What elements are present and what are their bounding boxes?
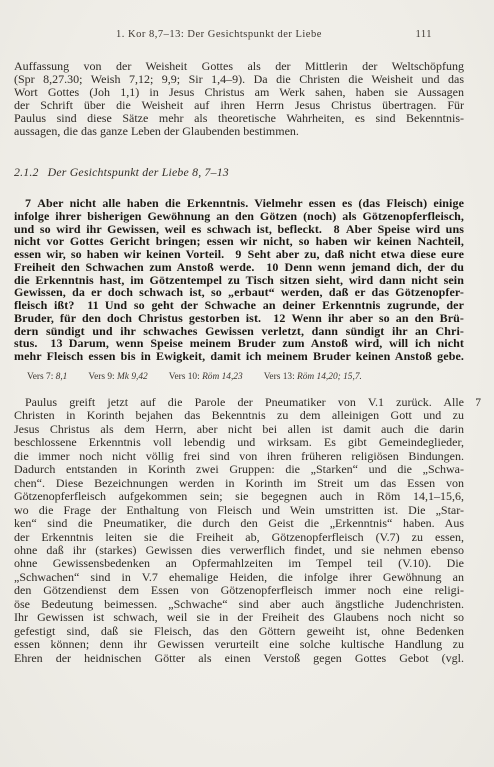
intro-paragraph: Auffassung von der Weisheit Gottes als d…	[14, 60, 464, 137]
verse-label: Vers 13:	[264, 372, 295, 382]
commentary-line: ohne Gewissensbedenken an Opfermahlzeite…	[14, 557, 464, 570]
reference-value: 8,1	[56, 372, 68, 382]
commentary-line: „Schwachen“ sind in V.7 ehemalige Heiden…	[14, 571, 464, 584]
commentary-line: öse Bedeutung beimessen. „Schwache“ sind…	[14, 598, 464, 611]
scripture-line: Bruder, für den doch Christus gestorben …	[14, 312, 464, 325]
commentary-paragraph: Paulus greift jetzt auf die Parole der P…	[14, 396, 464, 665]
scripture-line: infolge ihrer bisherigen Gewöhnung an de…	[14, 210, 464, 223]
verse-label: Vers 7:	[27, 372, 53, 382]
commentary-line: chen“. Diese Bezeichnungen werden in Kor…	[14, 477, 464, 490]
cross-references: Vers 7: 8,1Vers 9: Mk 9,42Vers 10: Röm 1…	[27, 372, 464, 382]
cross-reference: Vers 9: Mk 9,42	[88, 372, 147, 382]
commentary-line: Paulus greift jetzt auf die Parole der P…	[14, 396, 464, 409]
commentary-line: wo die Frage der Enthaltung von Fleisch …	[14, 504, 464, 517]
reference-value: Röm 14,23	[202, 372, 243, 382]
scripture-line: fleisch ißt? 11 Und so geht der Schwache…	[14, 299, 464, 312]
cross-reference: Vers 13: Röm 14,20; 15,7.	[264, 372, 362, 382]
scripture-text: 7 Aber nicht alle haben die Erkenntnis. …	[14, 197, 464, 363]
section-title: Der Gesichtspunkt der Liebe 8, 7–13	[48, 165, 229, 179]
scripture-line: essen wir, so haben wir keinen Vorteil. …	[14, 248, 464, 261]
text-line: (Spr 8,27.30; Weish 7,12; 9,9; Sir 1,4–9…	[14, 73, 464, 86]
text-line: der Schrift über die Weisheit auf ihren …	[14, 99, 464, 112]
commentary-line: Jesus Christus als dem Herrn, aber nicht…	[14, 423, 464, 436]
margin-verse-number: 7	[475, 397, 481, 409]
commentary-line: essen können; denn ihr Gewissen verurtei…	[14, 638, 464, 651]
commentary-line: Dadurch entstanden in Korinth zwei Grupp…	[14, 463, 464, 476]
running-title: 1. Kor 8,7–13: Der Gesichtspunkt der Lie…	[116, 29, 322, 40]
section-heading: 2.1.2Der Gesichtspunkt der Liebe 8, 7–13	[14, 165, 229, 180]
commentary-line: den Götzendienst dem Essen von Götzenopf…	[14, 584, 464, 597]
reference-value: Röm 14,20; 15,7.	[297, 372, 362, 382]
cross-reference: Vers 10: Röm 14,23	[169, 372, 243, 382]
page-number: 111	[416, 29, 432, 40]
scripture-line: mehr Fleisch essen bis in Ewigkeit, dami…	[14, 350, 464, 363]
commentary-line: Götzenopferfleisch aufgekommen sein; sie…	[14, 490, 464, 503]
verse-label: Vers 9:	[88, 372, 114, 382]
commentary-line: der Erkenntnis leiten sie die Freiheit a…	[14, 531, 464, 544]
scripture-line: Freiheit den Schwachen zum Anstoß werde.…	[14, 261, 464, 274]
commentary-line: die immer noch nicht völlig frei sind vo…	[14, 450, 464, 463]
book-page: 1. Kor 8,7–13: Der Gesichtspunkt der Lie…	[0, 0, 494, 767]
commentary-line: ohne daß ihr (starkes) Gewissen dies ver…	[14, 544, 464, 557]
commentary-line: Ehren der heidnischen Götter als einen V…	[14, 652, 464, 665]
commentary-line: gefestigt sind, daß sie Fleisch, das den…	[14, 625, 464, 638]
reference-value: Mk 9,42	[117, 372, 148, 382]
section-number: 2.1.2	[14, 165, 39, 179]
text-line: aussagen, die das ganze Leben der Glaube…	[14, 125, 464, 138]
commentary-line: Christen in Korinth bejahen das Bekenntn…	[14, 409, 464, 422]
commentary-line: beschlossene Erkenntnis voll lebendig un…	[14, 436, 464, 449]
cross-reference: Vers 7: 8,1	[27, 372, 67, 382]
text-line: Auffassung von der Weisheit Gottes als d…	[14, 60, 464, 73]
text-line: Wort Gottes (Joh 1,1) in Jesus Christus …	[14, 86, 464, 99]
text-line: Paulus sind diese Sätze mehr als theoret…	[14, 112, 464, 125]
commentary-line: ken“ sind die Pneumatiker, die durch den…	[14, 517, 464, 530]
verse-label: Vers 10:	[169, 372, 200, 382]
scripture-line: 7 Aber nicht alle haben die Erkenntnis. …	[14, 197, 464, 210]
commentary-line: Ihr Gewissen ist schwach, weil sie in de…	[14, 611, 464, 624]
